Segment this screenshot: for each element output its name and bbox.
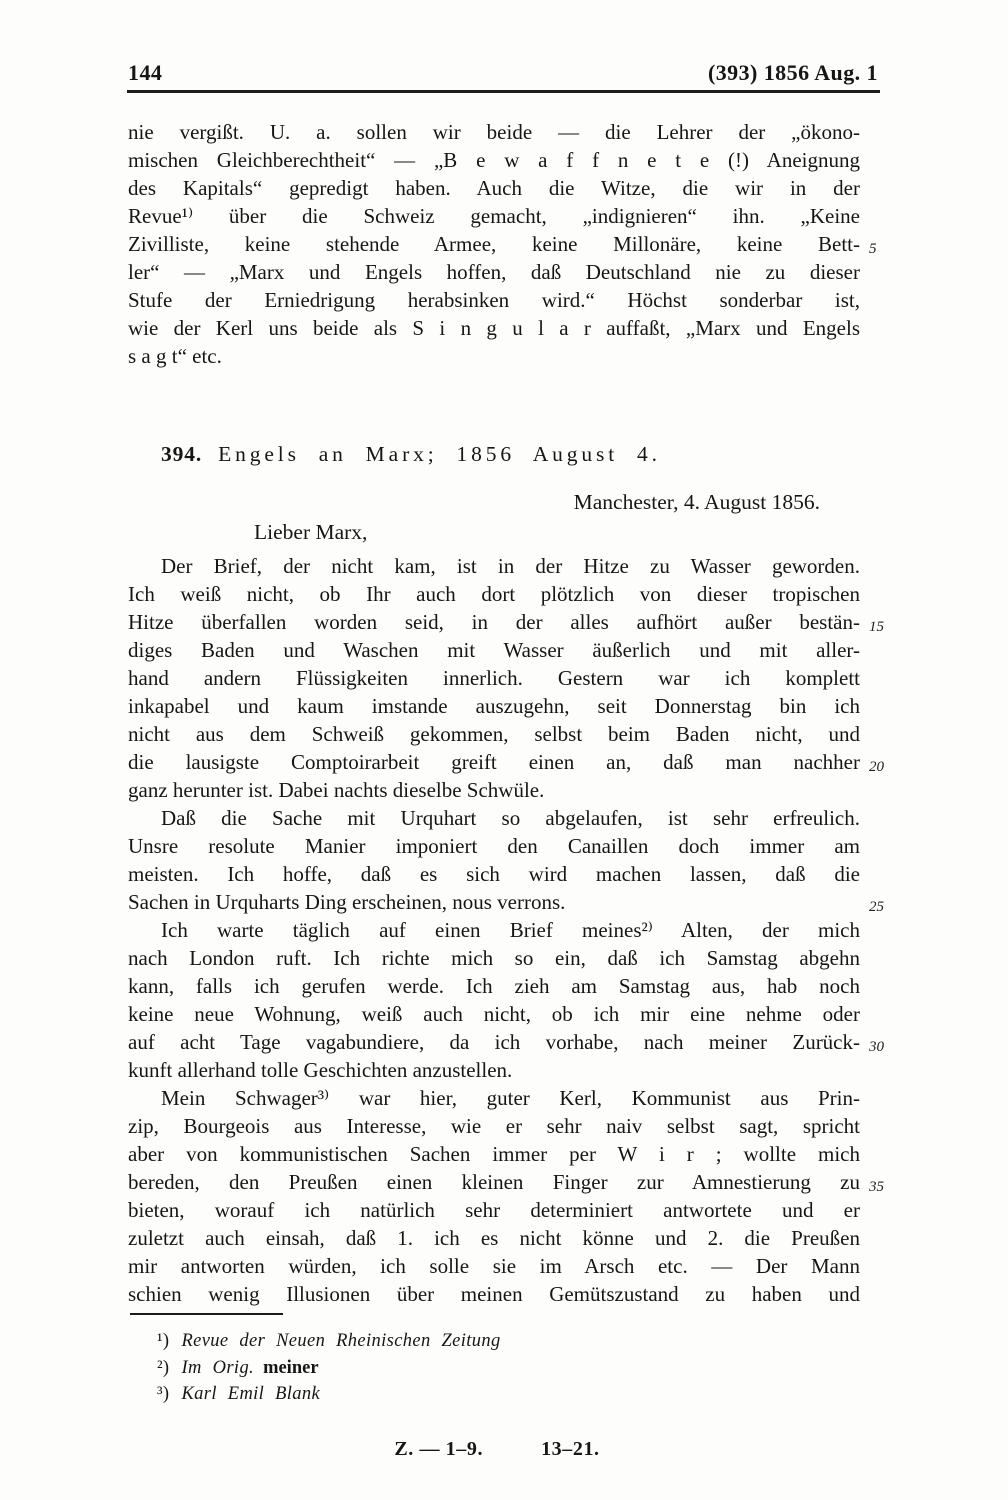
footnote-marker: ²) bbox=[157, 1358, 169, 1378]
letter-heading-title: Engels an Marx; 1856 August 4. bbox=[218, 442, 661, 466]
text-line-content: Unsre resolute Manier imponiert den Cana… bbox=[128, 834, 860, 858]
text-line: inkapabel und kaum imstande auszugehn, s… bbox=[128, 692, 860, 720]
text-line: nie vergißt. U. a. sollen wir beide — di… bbox=[128, 118, 860, 146]
header-issue-ref: (393) 1856 Aug. 1 bbox=[708, 60, 878, 86]
dateline: Manchester, 4. August 1856. bbox=[128, 488, 860, 516]
text-line-content: Hitze überfallen worden seid, in der all… bbox=[128, 610, 860, 634]
margin-line-number: 20 bbox=[869, 753, 884, 781]
text-line-content: Mein Schwager³⁾ war hier, guter Kerl, Ko… bbox=[161, 1086, 860, 1110]
text-line-content: inkapabel und kaum imstande auszugehn, s… bbox=[128, 694, 860, 718]
footnotes: ¹)Revue der Neuen Rheinischen Zeitung²)I… bbox=[157, 1328, 501, 1408]
footnote-marker: ¹) bbox=[157, 1331, 169, 1351]
text-line: meisten. Ich hoffe, daß es sich wird mac… bbox=[128, 860, 860, 888]
text-line: Der Brief, der nicht kam, ist in der Hit… bbox=[128, 552, 860, 580]
text-line: bieten, worauf ich natürlich sehr determ… bbox=[128, 1196, 860, 1224]
header-rule bbox=[127, 90, 880, 93]
page-number: 144 bbox=[128, 60, 162, 86]
footnote: ²)Im Orig.meiner bbox=[157, 1355, 501, 1382]
text-line: zip, Bourgeois aus Interesse, wie er seh… bbox=[128, 1112, 860, 1140]
text-line: Zivilliste, keine stehende Armee, keine … bbox=[128, 230, 860, 258]
text-line-content: bereden, den Preußen einen kleinen Finge… bbox=[128, 1170, 860, 1194]
text-line: des Kapitals“ gepredigt haben. Auch die … bbox=[128, 174, 860, 202]
text-line: Hitze überfallen worden seid, in der all… bbox=[128, 608, 860, 636]
text-line-content: wie der Kerl uns beide als S i n g u l a… bbox=[128, 316, 860, 340]
paragraph: nie vergißt. U. a. sollen wir beide — di… bbox=[128, 118, 860, 370]
text-line: s a g t“ etc. bbox=[128, 342, 860, 370]
text-line-content: Zivilliste, keine stehende Armee, keine … bbox=[128, 232, 860, 256]
text-line: zuletzt auch einsah, daß 1. ich es nicht… bbox=[128, 1224, 860, 1252]
text-line: bereden, den Preußen einen kleinen Finge… bbox=[128, 1168, 860, 1196]
text-line-content: nicht aus dem Schweiß gekommen, selbst b… bbox=[128, 722, 860, 746]
text-line-content: Ich warte täglich auf einen Brief meines… bbox=[161, 918, 860, 942]
text-line-content: bieten, worauf ich natürlich sehr determ… bbox=[128, 1198, 860, 1222]
text-line: auf acht Tage vagabundiere, da ich vorha… bbox=[128, 1028, 860, 1056]
text-line-content: Der Brief, der nicht kam, ist in der Hit… bbox=[161, 554, 860, 578]
text-line: Ich warte täglich auf einen Brief meines… bbox=[128, 916, 860, 944]
collation-right: 13–21. bbox=[541, 1438, 600, 1461]
text-line-content: ler“ — „Marx und Engels hoffen, daß Deut… bbox=[128, 260, 860, 284]
text-line-content: die lausigste Comptoirarbeit greift eine… bbox=[128, 750, 860, 774]
footnote-text: Revue der Neuen Rheinischen Zeitung bbox=[181, 1331, 500, 1351]
text-line-content: des Kapitals“ gepredigt haben. Auch die … bbox=[128, 176, 860, 200]
letter-heading: 394.Engels an Marx; 1856 August 4. bbox=[128, 440, 860, 468]
text-line: wie der Kerl uns beide als S i n g u l a… bbox=[128, 314, 860, 342]
text-line: Revue¹⁾ über die Schweiz gemacht, „indig… bbox=[128, 202, 860, 230]
footnote-marker: ³) bbox=[157, 1384, 169, 1404]
text-line: Mein Schwager³⁾ war hier, guter Kerl, Ko… bbox=[128, 1084, 860, 1112]
text-line: aber von kommunistischen Sachen immer pe… bbox=[128, 1140, 860, 1168]
book-page: 144 (393) 1856 Aug. 1 nie vergißt. U. a.… bbox=[0, 0, 1008, 1500]
text-line-content: hand andern Flüssigkeiten innerlich. Ges… bbox=[128, 666, 860, 690]
text-line-content: mir antworten würden, ich solle sie im A… bbox=[128, 1254, 860, 1278]
text-line-content: kann, falls ich gerufen werde. Ich zieh … bbox=[128, 974, 860, 998]
footnote: ³)Karl Emil Blank bbox=[157, 1381, 501, 1408]
text-line-content: schien wenig Illusionen über meinen Gemü… bbox=[128, 1282, 860, 1306]
text-line: ganz herunter ist. Dabei nachts dieselbe… bbox=[128, 776, 860, 804]
text-line-content: Sachen in Urquharts Ding erscheinen, nou… bbox=[128, 890, 565, 914]
text-line: keine neue Wohnung, weiß auch nicht, ob … bbox=[128, 1000, 860, 1028]
text-line-content: diges Baden und Waschen mit Wasser äußer… bbox=[128, 638, 860, 662]
text-line-content: zip, Bourgeois aus Interesse, wie er seh… bbox=[128, 1114, 860, 1138]
text-line: Daß die Sache mit Urquhart so abgelaufen… bbox=[128, 804, 860, 832]
text-line: Stufe der Erniedrigung herabsinken wird.… bbox=[128, 286, 860, 314]
text-line-content: mischen Gleichberechtheit“ — „B e w a f … bbox=[128, 148, 860, 172]
footnote: ¹)Revue der Neuen Rheinischen Zeitung bbox=[157, 1328, 501, 1355]
text-line-content: Revue¹⁾ über die Schweiz gemacht, „indig… bbox=[128, 204, 860, 228]
text-line: Unsre resolute Manier imponiert den Cana… bbox=[128, 832, 860, 860]
text-line: kunft allerhand tolle Geschichten anzust… bbox=[128, 1056, 860, 1084]
text-line: ler“ — „Marx und Engels hoffen, daß Deut… bbox=[128, 258, 860, 286]
paragraph: Daß die Sache mit Urquhart so abgelaufen… bbox=[128, 804, 860, 916]
text-line-content: zuletzt auch einsah, daß 1. ich es nicht… bbox=[128, 1226, 860, 1250]
text-line: kann, falls ich gerufen werde. Ich zieh … bbox=[128, 972, 860, 1000]
margin-line-number: 5 bbox=[869, 235, 877, 263]
text-line-content: meisten. Ich hoffe, daß es sich wird mac… bbox=[128, 862, 860, 886]
text-line-content: Daß die Sache mit Urquhart so abgelaufen… bbox=[161, 806, 860, 830]
margin-line-number: 35 bbox=[869, 1173, 884, 1201]
paragraph: Mein Schwager³⁾ war hier, guter Kerl, Ko… bbox=[128, 1084, 860, 1308]
paragraph: Der Brief, der nicht kam, ist in der Hit… bbox=[128, 552, 860, 804]
text-line-content: kunft allerhand tolle Geschichten anzust… bbox=[128, 1058, 512, 1082]
letter-number: 394. bbox=[161, 442, 202, 466]
text-line: mischen Gleichberechtheit“ — „B e w a f … bbox=[128, 146, 860, 174]
text-line-content: s a g t“ etc. bbox=[128, 344, 222, 368]
margin-line-number: 15 bbox=[869, 613, 884, 641]
salutation: Lieber Marx, bbox=[128, 518, 860, 546]
footnote-text-roman: meiner bbox=[263, 1358, 318, 1378]
text-line-content: Ich weiß nicht, ob Ihr auch dort plötzli… bbox=[128, 582, 860, 606]
margin-line-number: 30 bbox=[869, 1033, 884, 1061]
margin-line-number: 25 bbox=[869, 893, 884, 921]
text-line-content: nie vergißt. U. a. sollen wir beide — di… bbox=[128, 120, 860, 144]
running-header: 144 (393) 1856 Aug. 1 bbox=[128, 60, 878, 86]
footnote-rule bbox=[130, 1313, 283, 1315]
collation-footer: Z. — 1–9. 13–21. bbox=[0, 1438, 994, 1461]
text-line: Sachen in Urquharts Ding erscheinen, nou… bbox=[128, 888, 860, 916]
collation-left: Z. — 1–9. bbox=[394, 1438, 483, 1461]
text-line-content: nach London ruft. Ich richte mich so ein… bbox=[128, 946, 860, 970]
text-line: die lausigste Comptoirarbeit greift eine… bbox=[128, 748, 860, 776]
text-line: schien wenig Illusionen über meinen Gemü… bbox=[128, 1280, 860, 1308]
text-line: hand andern Flüssigkeiten innerlich. Ges… bbox=[128, 664, 860, 692]
text-line-content: aber von kommunistischen Sachen immer pe… bbox=[128, 1142, 860, 1166]
text-line-content: Stufe der Erniedrigung herabsinken wird.… bbox=[128, 288, 860, 312]
text-line-content: auf acht Tage vagabundiere, da ich vorha… bbox=[128, 1030, 860, 1054]
text-line: mir antworten würden, ich solle sie im A… bbox=[128, 1252, 860, 1280]
text-line: diges Baden und Waschen mit Wasser äußer… bbox=[128, 636, 860, 664]
footnote-text: Karl Emil Blank bbox=[181, 1384, 320, 1404]
text-line: Ich weiß nicht, ob Ihr auch dort plötzli… bbox=[128, 580, 860, 608]
text-line: nicht aus dem Schweiß gekommen, selbst b… bbox=[128, 720, 860, 748]
letter-body: nie vergißt. U. a. sollen wir beide — di… bbox=[128, 118, 860, 1308]
text-line-content: ganz herunter ist. Dabei nachts dieselbe… bbox=[128, 778, 544, 802]
footnote-text: Im Orig. bbox=[181, 1358, 254, 1378]
paragraph: Ich warte täglich auf einen Brief meines… bbox=[128, 916, 860, 1084]
text-line: nach London ruft. Ich richte mich so ein… bbox=[128, 944, 860, 972]
text-line-content: keine neue Wohnung, weiß auch nicht, ob … bbox=[128, 1002, 860, 1026]
